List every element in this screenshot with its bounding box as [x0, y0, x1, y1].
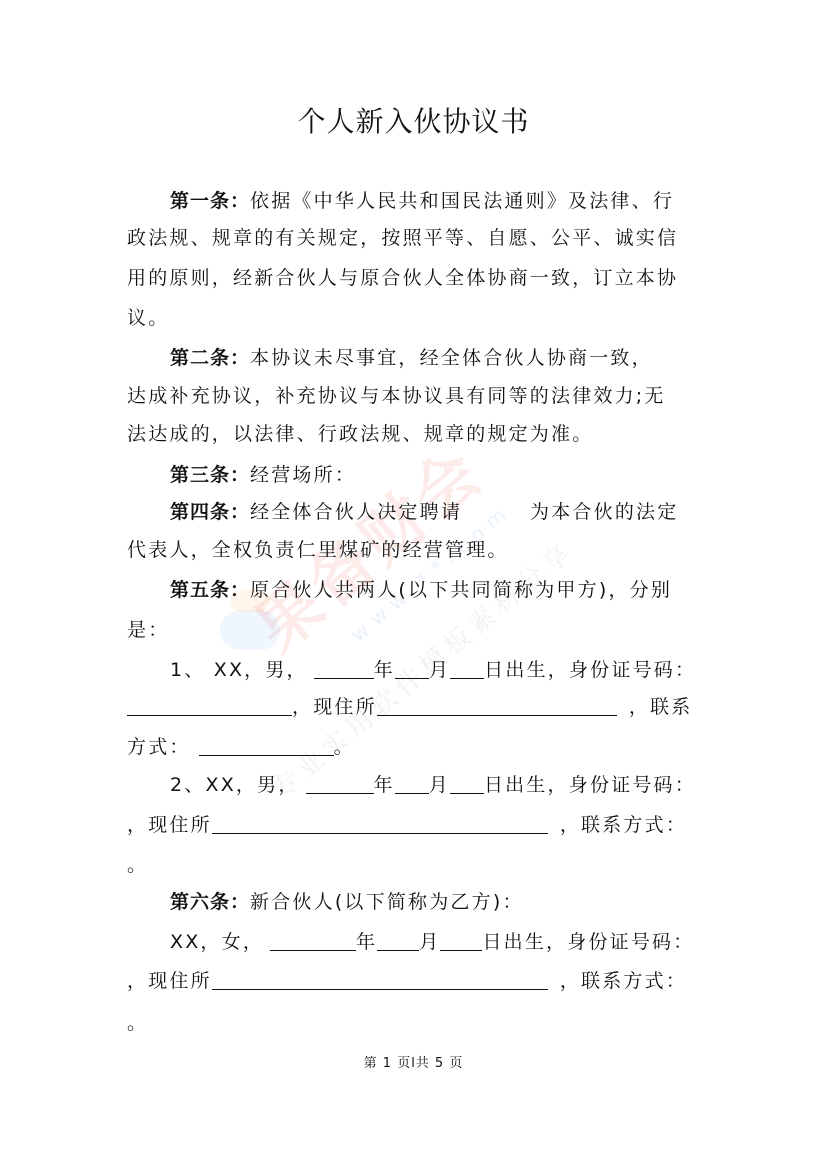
article-2-line-2: 达成补充协议，补充协议与本协议具有同等的法律效力;无 — [127, 381, 702, 411]
residence-label: ，现住所 — [292, 696, 377, 718]
residence-blank[interactable] — [212, 969, 548, 990]
article-1-line-1: 第一条：依据《中华人民共和国民法通则》及法律、行 — [170, 186, 702, 216]
partner-prefix: XX，女， — [170, 931, 264, 953]
article-2-line-1: 第二条：本协议未尽事宜，经全体合伙人协商一致， — [170, 343, 702, 373]
article-text: 依据《中华人民共和国民法通则》及法律、行 — [250, 190, 674, 212]
id-number-blank[interactable] — [127, 695, 292, 716]
article-6-line-1: 第六条：新合伙人(以下简称为乙方)： — [170, 887, 702, 917]
partner-2-line-2: ，现住所，联系方式： — [127, 810, 702, 840]
day-blank[interactable] — [450, 773, 484, 794]
partner-2-line-3: 。 — [127, 850, 702, 880]
month-blank[interactable] — [377, 930, 419, 951]
month-blank[interactable] — [395, 773, 429, 794]
article-5-line-1: 第五条：原合伙人共两人(以下共同简称为甲方)，分别 — [170, 575, 702, 605]
article-label: 第四条： — [170, 501, 250, 523]
contact-label: ，联系 — [629, 696, 693, 718]
birth-id-label: 日出生，身份证号码： — [484, 659, 696, 681]
residence-blank[interactable] — [212, 813, 548, 834]
article-2-line-3: 法达成的，以法律、行政法规、规章的规定为准。 — [127, 419, 702, 449]
day-blank[interactable] — [450, 658, 484, 679]
day-blank[interactable] — [440, 930, 482, 951]
partner-2-line-1: 2、XX，男，年月日出生，身份证号码： — [170, 770, 702, 800]
partner-3-line-2: ，现住所，联系方式： — [127, 966, 702, 996]
year-label: 年 — [374, 774, 395, 796]
month-label: 月 — [429, 774, 450, 796]
residence-label: ，现住所 — [127, 814, 212, 836]
partner-3-line-3: 。 — [127, 1008, 702, 1038]
year-label: 年 — [374, 659, 395, 681]
article-label: 第六条： — [170, 891, 250, 913]
page-number: 第 1 页l共 5 页 — [0, 1052, 827, 1071]
article-text: 经全体合伙人决定聘请 — [250, 501, 462, 523]
contact-label: ，联系方式： — [560, 814, 687, 836]
article-text: 本协议未尽事宜，经全体合伙人协商一致， — [250, 347, 653, 369]
article-1-line-3: 用的原则，经新合伙人与原合伙人全体协商一致，订立本协 — [127, 263, 702, 293]
year-blank[interactable] — [314, 658, 374, 679]
partner-prefix: 2、XX，男， — [170, 774, 300, 796]
contact-label: ，联系方式： — [560, 970, 687, 992]
article-1-line-2: 政法规、规章的有关规定，按照平等、自愿、公平、诚实信 — [127, 223, 702, 253]
document-page: 果备财会 www.**.com 专业实用软件模板素材分享 个人新入伙协议书 第一… — [0, 0, 827, 1169]
contact-blank[interactable] — [199, 735, 334, 756]
month-label: 月 — [419, 931, 440, 953]
residence-label: ，现住所 — [127, 970, 212, 992]
article-label: 第三条： — [170, 464, 250, 486]
article-text: 原合伙人共两人(以下共同简称为甲方)，分别 — [250, 579, 672, 601]
article-text: 经营场所： — [250, 464, 356, 486]
partner-1-line-3: 方式：。 — [127, 732, 702, 762]
birth-id-label: 日出生，身份证号码： — [482, 931, 694, 953]
article-3-line-1: 第三条：经营场所： — [170, 460, 702, 490]
article-text: 为本合伙的法定 — [530, 501, 678, 523]
article-text: 新合伙人(以下简称为乙方)： — [250, 891, 524, 913]
year-label: 年 — [356, 931, 377, 953]
month-blank[interactable] — [395, 658, 429, 679]
birth-id-label: 日出生，身份证号码： — [484, 774, 696, 796]
residence-blank[interactable] — [377, 695, 617, 716]
article-label: 第二条： — [170, 347, 250, 369]
month-label: 月 — [429, 659, 450, 681]
partner-prefix: 1、 XX，男， — [170, 659, 308, 681]
article-label: 第一条： — [170, 190, 250, 212]
contact-label: 方式： — [127, 736, 191, 758]
article-4-line-2: 代表人，全权负责仁里煤矿的经营管理。 — [127, 535, 702, 565]
partner-3-line-1: XX，女，年月日出生，身份证号码： — [170, 927, 702, 957]
year-blank[interactable] — [306, 773, 374, 794]
period: 。 — [334, 736, 355, 758]
article-label: 第五条： — [170, 579, 250, 601]
partner-1-line-2: ，现住所，联系 — [127, 692, 702, 722]
year-blank[interactable] — [270, 930, 356, 951]
article-5-line-2: 是： — [127, 615, 702, 645]
article-4-line-1: 第四条：经全体合伙人决定聘请为本合伙的法定 — [170, 497, 702, 527]
partner-1-line-1: 1、 XX，男，年月日出生，身份证号码： — [170, 655, 702, 685]
article-1-line-4: 议。 — [127, 303, 702, 333]
document-title: 个人新入伙协议书 — [0, 100, 827, 140]
